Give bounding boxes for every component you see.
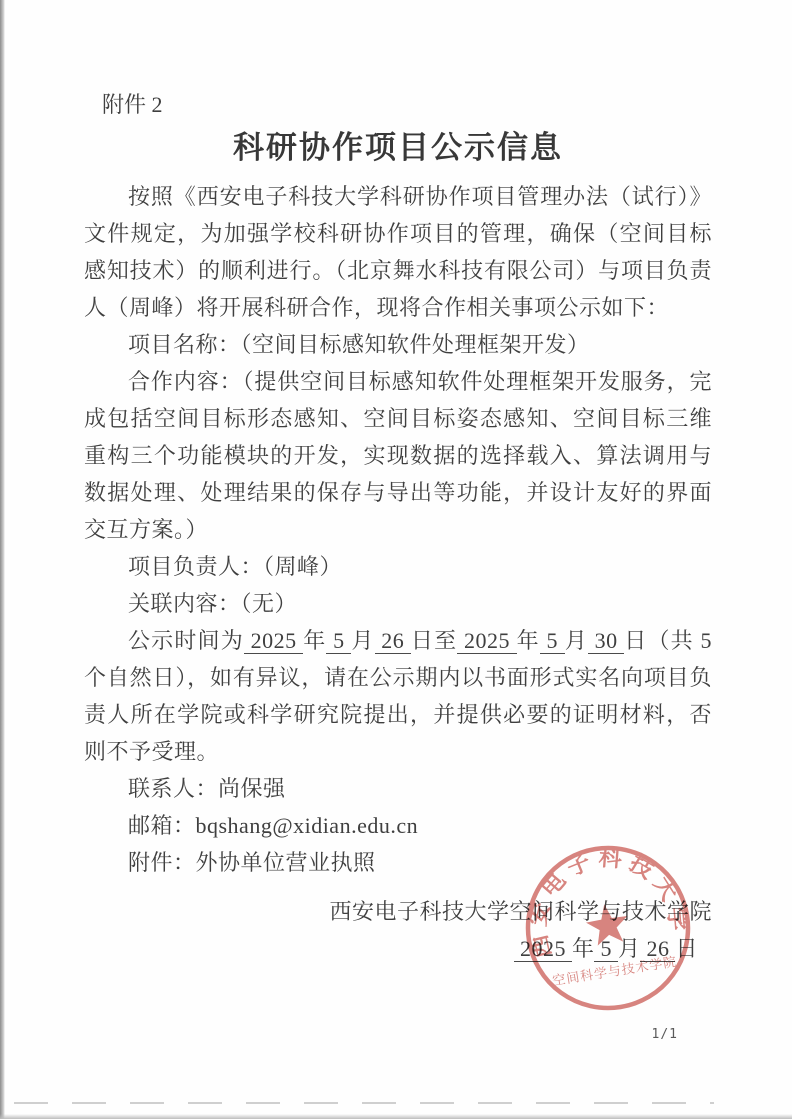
- attachment-label: 附件 2: [102, 90, 712, 120]
- signature-month: 5: [594, 936, 618, 962]
- period-start-year: 2025: [244, 628, 303, 654]
- period-end-month: 5: [540, 628, 565, 654]
- project-name-line: 项目名称：（空间目标感知软件处理框架开发）: [84, 326, 712, 363]
- signature-month-label: 月: [618, 936, 641, 961]
- period-start-month: 5: [326, 628, 351, 654]
- period-end-day: 30: [588, 628, 624, 654]
- document-content: 附件 2 科研协作项目公示信息 按照《西安电子科技大学科研协作项目管理办法（试行…: [84, 90, 712, 967]
- period-to-label: 日至: [411, 628, 457, 653]
- email-line: 邮箱：bqshang@xidian.edu.cn: [84, 807, 712, 844]
- contact-person-line: 联系人：尚保强: [84, 770, 712, 807]
- signature-year-label: 年: [572, 936, 595, 961]
- cooperation-content-paragraph: 合作内容：（提供空间目标感知软件处理框架开发服务，完成包括空间目标形态感知、空间…: [84, 363, 712, 548]
- period-start-day: 26: [375, 628, 411, 654]
- publicity-period-paragraph: 公示时间为 2025 年 5 月 26 日至 2025 年 5 月 30 日（共…: [84, 622, 712, 770]
- related-content-line: 关联内容：（无）: [84, 585, 712, 622]
- attachment-note-line: 附件：外协单位营业执照: [84, 844, 712, 881]
- period-end-year: 2025: [457, 628, 516, 654]
- period-month-label-1: 月: [351, 628, 374, 653]
- scan-left-edge: [0, 0, 5, 1119]
- signature-day-label: 日: [675, 936, 698, 961]
- signature-day: 26: [640, 936, 675, 962]
- document-page: 附件 2 科研协作项目公示信息 按照《西安电子科技大学科研协作项目管理办法（试行…: [0, 0, 792, 1119]
- period-prefix: 公示时间为: [128, 628, 244, 653]
- period-year-label-2: 年: [517, 628, 540, 653]
- signature-date: 2025 年 5 月 26 日: [84, 930, 712, 967]
- period-year-label-1: 年: [303, 628, 326, 653]
- period-month-label-2: 月: [565, 628, 588, 653]
- project-leader-line: 项目负责人：（周峰）: [84, 548, 712, 585]
- page-title: 科研协作项目公示信息: [84, 126, 712, 170]
- scan-artifact-line: [14, 1102, 714, 1104]
- page-number: 1/1: [652, 1027, 678, 1042]
- period-day-label: 日: [624, 628, 647, 653]
- intro-paragraph: 按照《西安电子科技大学科研协作项目管理办法（试行）》文件规定，为加强学校科研协作…: [84, 178, 712, 326]
- signature-organization: 西安电子科技大学空间科学与技术学院: [84, 893, 712, 930]
- signature-year: 2025: [514, 936, 572, 962]
- scan-bottom-edge: [0, 1114, 792, 1119]
